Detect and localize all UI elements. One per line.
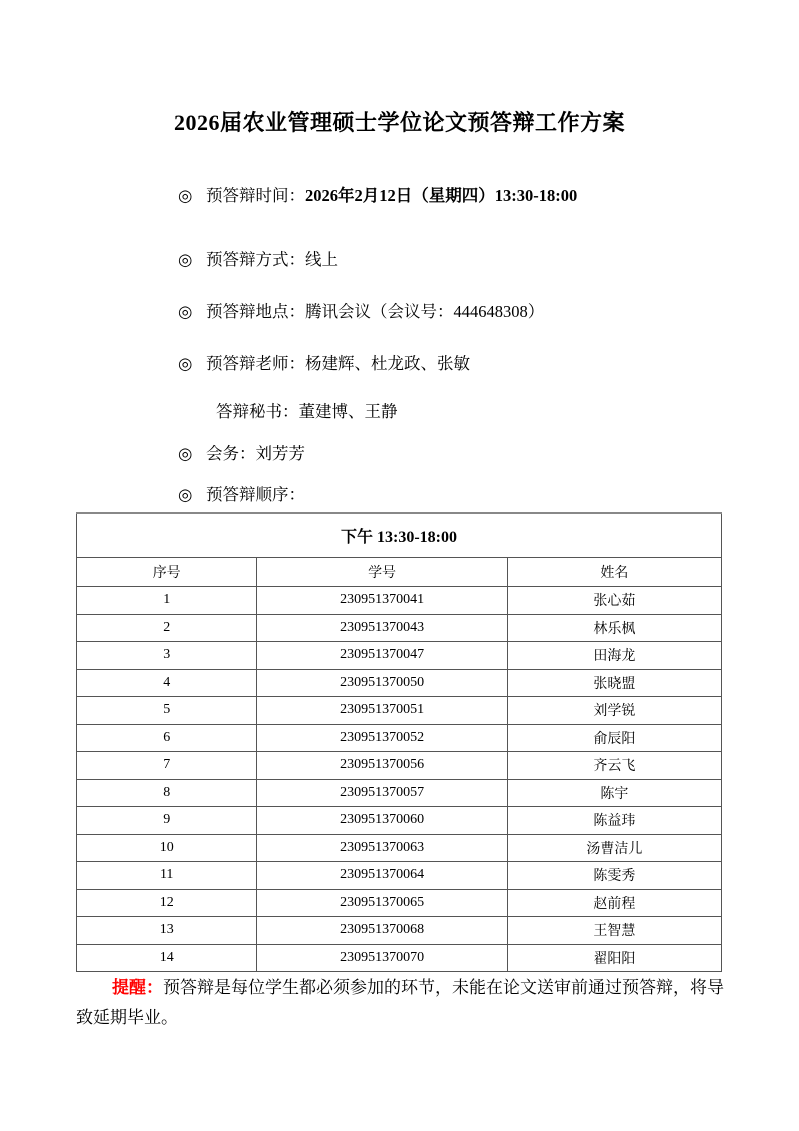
item-label: 答辩秘书： xyxy=(216,402,299,421)
table-row: 13230951370068王智慧 xyxy=(77,917,722,945)
item-value: 杨建辉、杜龙政、张敏 xyxy=(305,354,470,373)
item-method: ◎预答辩方式：线上 xyxy=(178,246,338,270)
item-label: 预答辩老师： xyxy=(206,354,305,373)
table-row: 6230951370052俞辰阳 xyxy=(77,724,722,752)
bullet-icon: ◎ xyxy=(178,444,206,464)
table-row: 11230951370064陈雯秀 xyxy=(77,862,722,890)
cell-name: 翟阳阳 xyxy=(507,944,721,972)
table-row: 3230951370047田海龙 xyxy=(77,642,722,670)
cell-name: 田海龙 xyxy=(507,642,721,670)
bullet-icon: ◎ xyxy=(178,250,206,270)
cell-name: 张晓盟 xyxy=(507,669,721,697)
table-caption: 下午 13:30-18:00 xyxy=(77,513,722,558)
cell-name: 齐云飞 xyxy=(507,752,721,780)
cell-name: 王智慧 xyxy=(507,917,721,945)
cell-index: 3 xyxy=(77,642,257,670)
cell-index: 9 xyxy=(77,807,257,835)
item-order: ◎预答辩顺序： xyxy=(178,481,305,505)
cell-student-id: 230951370060 xyxy=(257,807,507,835)
cell-name: 俞辰阳 xyxy=(507,724,721,752)
table-row: 14230951370070翟阳阳 xyxy=(77,944,722,972)
cell-index: 1 xyxy=(77,587,257,615)
item-label: 预答辩地点： xyxy=(206,302,305,321)
table-row: 8230951370057陈宇 xyxy=(77,779,722,807)
cell-student-id: 230951370056 xyxy=(257,752,507,780)
item-value: 线上 xyxy=(305,250,338,269)
cell-name: 林乐枫 xyxy=(507,614,721,642)
cell-index: 10 xyxy=(77,834,257,862)
table-row: 12230951370065赵前程 xyxy=(77,889,722,917)
item-value: 2026年2月12日（星期四）13:30-18:00 xyxy=(305,186,577,205)
document-title: 2026届农业管理硕士学位论文预答辩工作方案 xyxy=(0,106,799,137)
schedule-table: 下午 13:30-18:00 序号 学号 姓名 1230951370041张心茹… xyxy=(76,512,722,972)
item-label: 预答辩方式： xyxy=(206,250,305,269)
notice-paragraph: 提醒：预答辩是每位学生都必须参加的环节，未能在论文送审前通过预答辩，将导致延期毕… xyxy=(76,973,724,1033)
header-index: 序号 xyxy=(77,558,257,587)
cell-student-id: 230951370063 xyxy=(257,834,507,862)
cell-student-id: 230951370057 xyxy=(257,779,507,807)
cell-index: 7 xyxy=(77,752,257,780)
cell-name: 陈益玮 xyxy=(507,807,721,835)
item-location: ◎预答辩地点：腾讯会议（会议号：444648308） xyxy=(178,298,544,322)
cell-student-id: 230951370052 xyxy=(257,724,507,752)
cell-student-id: 230951370068 xyxy=(257,917,507,945)
table-row: 10230951370063汤曹洁儿 xyxy=(77,834,722,862)
cell-student-id: 230951370043 xyxy=(257,614,507,642)
cell-name: 张心茹 xyxy=(507,587,721,615)
cell-name: 赵前程 xyxy=(507,889,721,917)
item-label: 会务： xyxy=(206,444,256,463)
item-label: 预答辩顺序： xyxy=(206,485,305,504)
cell-index: 12 xyxy=(77,889,257,917)
table-row: 7230951370056齐云飞 xyxy=(77,752,722,780)
item-label: 预答辩时间： xyxy=(206,186,305,205)
item-secretary: 答辩秘书：董建博、王静 xyxy=(216,398,398,422)
cell-name: 刘学锐 xyxy=(507,697,721,725)
table-row: 2230951370043林乐枫 xyxy=(77,614,722,642)
cell-index: 6 xyxy=(77,724,257,752)
cell-student-id: 230951370051 xyxy=(257,697,507,725)
cell-student-id: 230951370064 xyxy=(257,862,507,890)
cell-student-id: 230951370041 xyxy=(257,587,507,615)
table-header-row: 序号 学号 姓名 xyxy=(77,558,722,587)
bullet-icon: ◎ xyxy=(178,302,206,322)
cell-index: 8 xyxy=(77,779,257,807)
cell-index: 2 xyxy=(77,614,257,642)
cell-student-id: 230951370050 xyxy=(257,669,507,697)
bullet-icon: ◎ xyxy=(178,485,206,505)
notice-text: 预答辩是每位学生都必须参加的环节，未能在论文送审前通过预答辩，将导致延期毕业。 xyxy=(76,978,724,1027)
cell-index: 5 xyxy=(77,697,257,725)
item-affairs: ◎会务：刘芳芳 xyxy=(178,440,305,464)
item-teachers: ◎预答辩老师：杨建辉、杜龙政、张敏 xyxy=(178,350,470,374)
cell-index: 11 xyxy=(77,862,257,890)
cell-student-id: 230951370047 xyxy=(257,642,507,670)
notice-label: 提醒： xyxy=(112,978,163,997)
bullet-icon: ◎ xyxy=(178,354,206,374)
item-value: 刘芳芳 xyxy=(256,444,306,463)
cell-student-id: 230951370070 xyxy=(257,944,507,972)
table-row: 1230951370041张心茹 xyxy=(77,587,722,615)
item-time: ◎预答辩时间：2026年2月12日（星期四）13:30-18:00 xyxy=(178,182,577,206)
cell-name: 陈宇 xyxy=(507,779,721,807)
cell-name: 汤曹洁儿 xyxy=(507,834,721,862)
cell-index: 4 xyxy=(77,669,257,697)
table-row: 9230951370060陈益玮 xyxy=(77,807,722,835)
cell-name: 陈雯秀 xyxy=(507,862,721,890)
item-value: 腾讯会议（会议号：444648308） xyxy=(305,302,544,321)
bullet-icon: ◎ xyxy=(178,186,206,206)
table-row: 5230951370051刘学锐 xyxy=(77,697,722,725)
table-row: 4230951370050张晓盟 xyxy=(77,669,722,697)
header-name: 姓名 xyxy=(507,558,721,587)
cell-student-id: 230951370065 xyxy=(257,889,507,917)
cell-index: 14 xyxy=(77,944,257,972)
cell-index: 13 xyxy=(77,917,257,945)
item-value: 董建博、王静 xyxy=(299,402,398,421)
header-student-id: 学号 xyxy=(257,558,507,587)
